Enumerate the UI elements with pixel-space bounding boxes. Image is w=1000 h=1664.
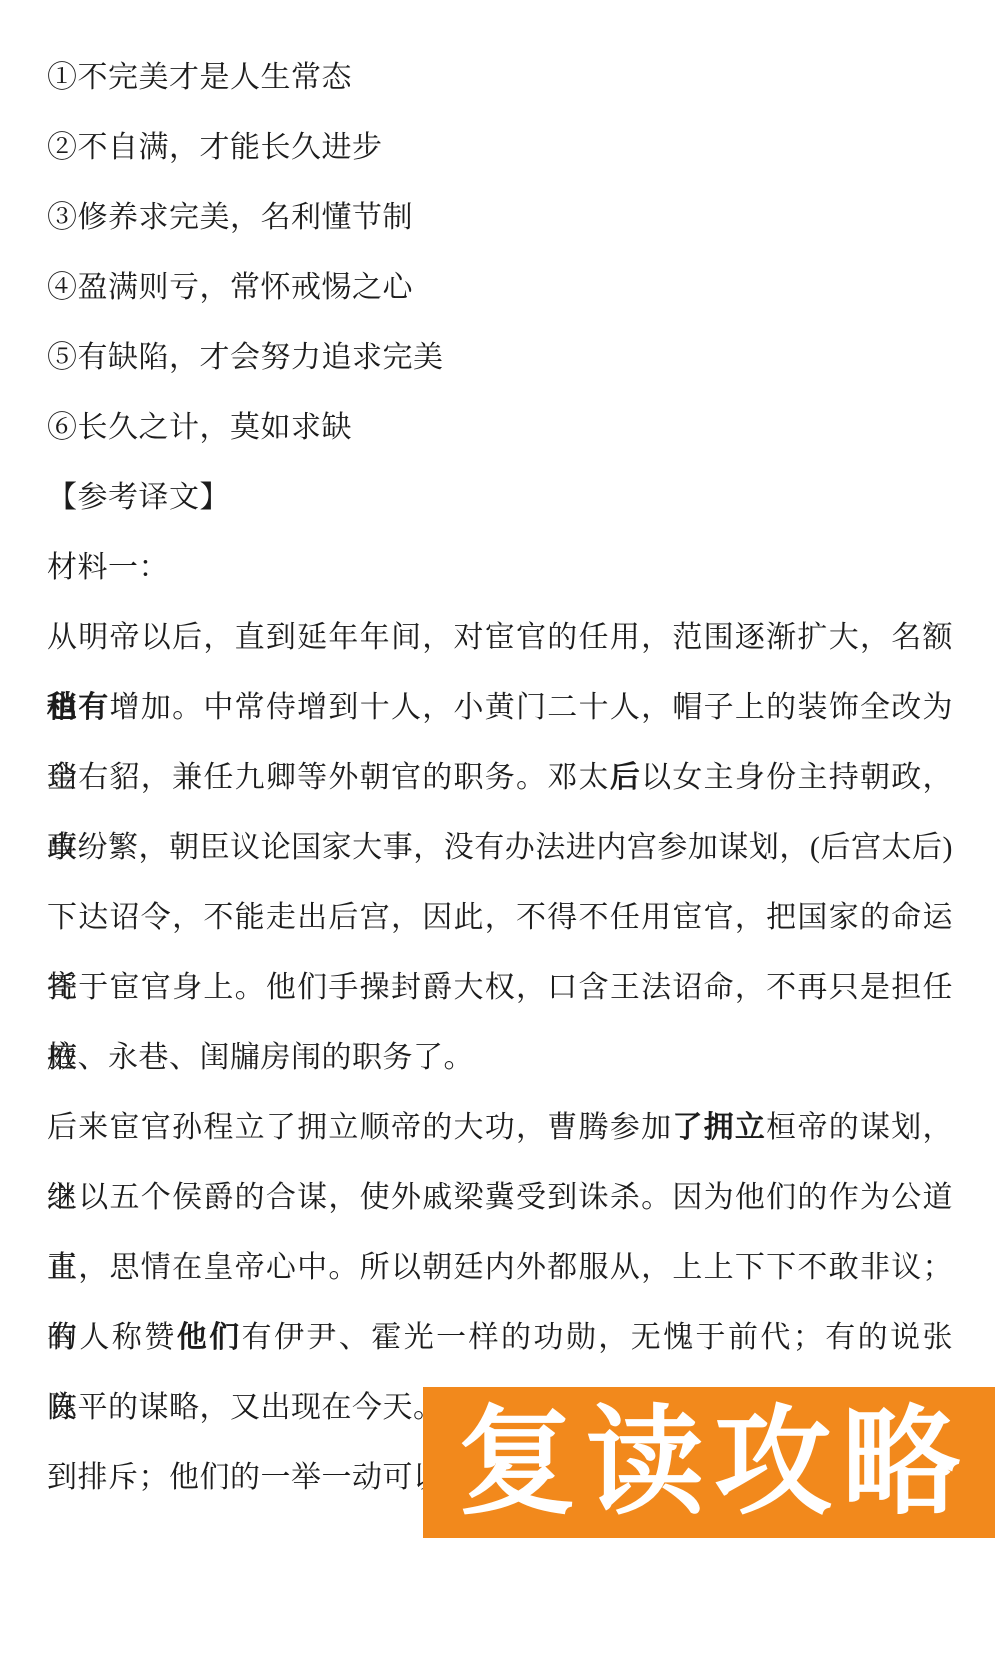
bold-emphasis: 后 xyxy=(610,761,641,794)
list-item: ④盈满则亏，常怀戒惕之心 xyxy=(47,253,953,323)
text-line: 珰右貂，兼任九卿等外朝官的职务。邓太后以女主身份主持朝政，政 xyxy=(47,743,953,813)
list-item: ①不完美才是人生常态 xyxy=(47,43,953,113)
list-item: ⑥长久之计，莫如求缺 xyxy=(47,393,953,463)
bold-emphasis: 稍有 xyxy=(47,691,110,724)
text-line: 的人称赞他们有伊尹、霍光一样的功勋，无愧于前代；有的说张良、 xyxy=(47,1303,953,1373)
text-line: 托于宦官身上。他们手操封爵大权，口含王法诏命，不再只是担任掖 xyxy=(47,953,953,1023)
document-page: ①不完美才是人生常态②不自满，才能长久进步③修养求完美，名利懂节制④盈满则亏，常… xyxy=(0,0,1000,1664)
text-line: 直，思情在皇帝心中。所以朝廷内外都服从，上上下下不敢非议；有 xyxy=(47,1233,953,1303)
text-line: 后来宦官孙程立了拥立顺帝的大功，曹腾参加了拥立桓帝的谋划，继 xyxy=(47,1093,953,1163)
bold-emphasis: 了拥立 xyxy=(672,1111,766,1144)
text-line: 从明帝以后，直到延年年间，对宦官的任用，范围逐渐扩大，名额也 xyxy=(47,603,953,673)
fudu-gonglue-banner: 复读攻略 xyxy=(423,1387,995,1538)
list-item: ③修养求完美，名利懂节制 xyxy=(47,183,953,253)
text-line: 庭、永巷、闺牖房闱的职务了。 xyxy=(47,1023,953,1093)
text-line: 下达诏令，不能走出后宫，因此，不得不任用宦官，把国家的命运寄 xyxy=(47,883,953,953)
text-line: 之以五个侯爵的合谋，使外戚梁冀受到诛杀。因为他们的作为公道正 xyxy=(47,1163,953,1233)
section-header: 【参考译文】 xyxy=(47,463,953,533)
list-item: ⑤有缺陷，才会努力追求完美 xyxy=(47,323,953,393)
material-label: 材料一： xyxy=(47,533,953,603)
banner-label: 复读攻略 xyxy=(458,1404,970,1522)
translation-paragraphs: 从明帝以后，直到延年年间，对宦官的任用，范围逐渐扩大，名额也稍有增加。中常侍增到… xyxy=(47,603,953,1513)
text-line: 事纷繁，朝臣议论国家大事，没有办法进内宫参加谋划，(后宫太后) xyxy=(47,813,953,883)
numbered-list: ①不完美才是人生常态②不自满，才能长久进步③修养求完美，名利懂节制④盈满则亏，常… xyxy=(47,43,953,463)
list-item: ②不自满，才能长久进步 xyxy=(47,113,953,183)
text-line: 稍有增加。中常侍增到十人，小黄门二十人，帽子上的装饰全改为金 xyxy=(47,673,953,743)
bold-emphasis: 他们 xyxy=(177,1321,242,1354)
text-content: ①不完美才是人生常态②不自满，才能长久进步③修养求完美，名利懂节制④盈满则亏，常… xyxy=(47,43,953,1513)
